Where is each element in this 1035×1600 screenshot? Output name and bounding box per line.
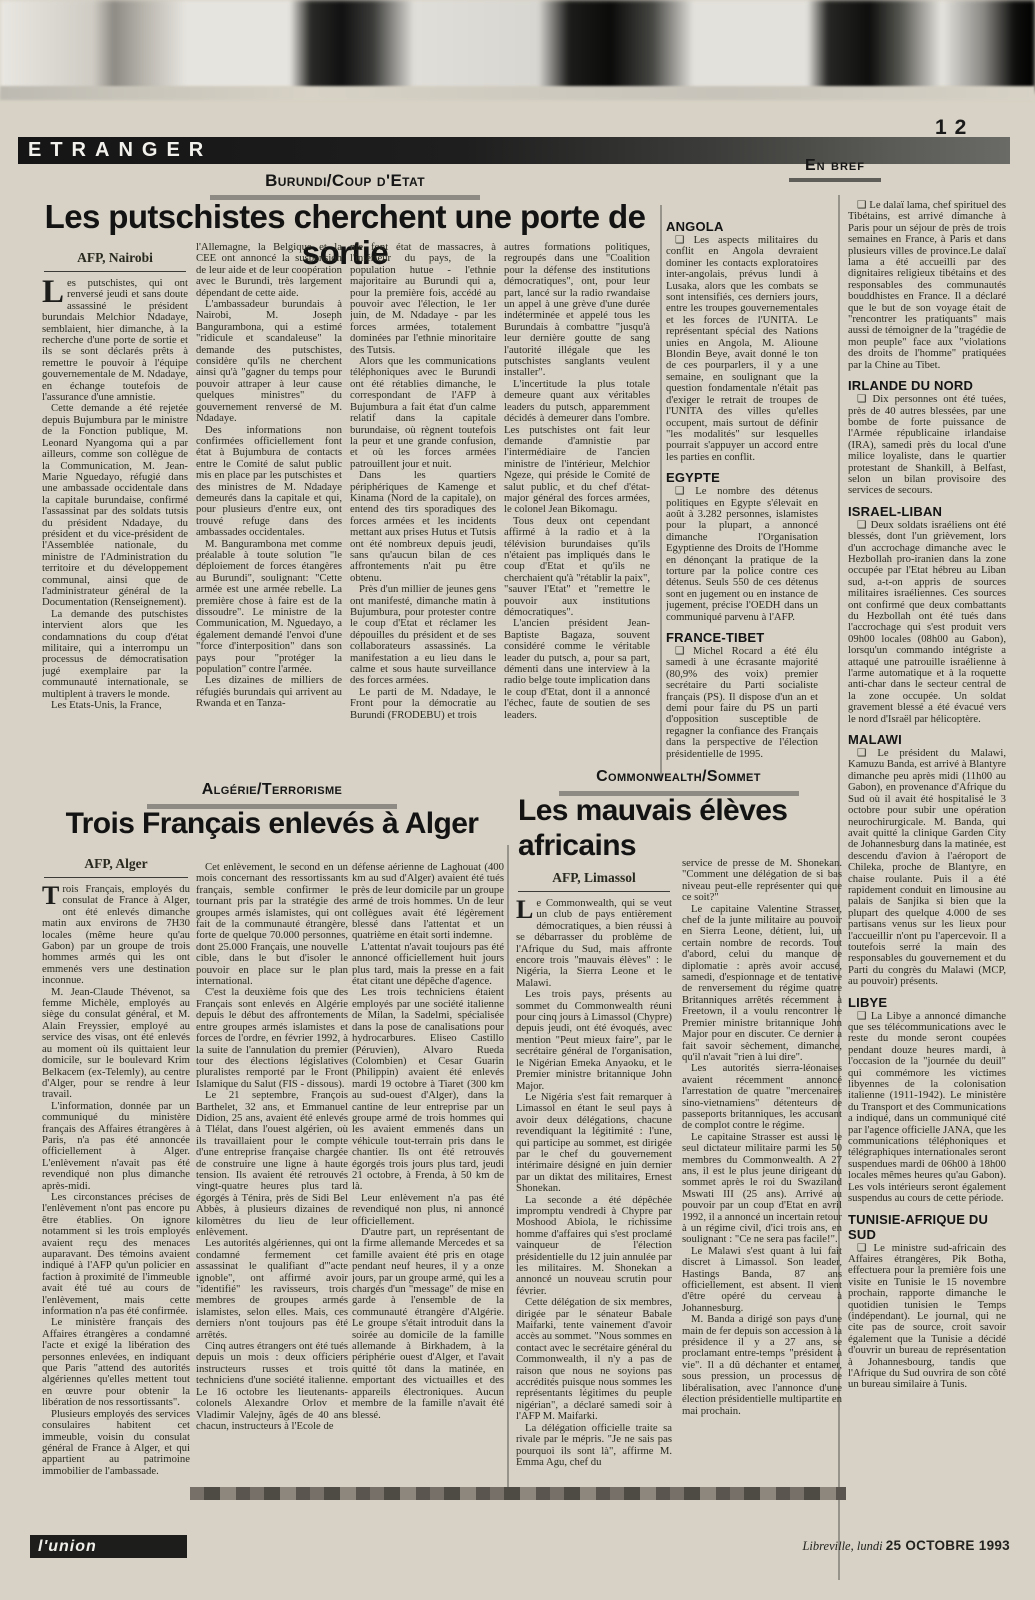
paragraph: Plusieurs employés des services consulai… xyxy=(42,1409,190,1477)
brief-item: MALAWI ❑ Le président du Malawi, Kamuzu … xyxy=(848,732,1006,988)
brief-heading: EGYPTE xyxy=(666,470,818,485)
scan-artifact-strip-2 xyxy=(0,86,1035,100)
footer-dateline: Libreville, lundi 25 OCTOBRE 1993 xyxy=(640,1538,1010,1554)
paragraph: Le ministère français des Affaires étran… xyxy=(42,1317,190,1408)
dropcap-letter: L xyxy=(516,898,536,921)
algerie-column-1: AFP, Alger Trois Français, employés du c… xyxy=(42,854,190,1508)
brief-item: ANGOLA ❑ Les aspects militaires du confl… xyxy=(666,219,818,463)
commonwealth-column-1: AFP, Limassol Le Commonwealth, qui se ve… xyxy=(516,868,672,1490)
column-rule-middle xyxy=(507,845,509,1490)
paragraph: nie font état de massacres, à l'intérieu… xyxy=(350,242,496,356)
brief-heading: ISRAEL-LIBAN xyxy=(848,504,1006,519)
commonwealth-column-2: service de presse de M. Shonekan. "Comme… xyxy=(682,858,842,1580)
commonwealth-lead-paragraph: Le Commonwealth, qui se veut un club de … xyxy=(516,898,672,989)
paragraph: La seconde a été dépêchée impromptu vend… xyxy=(516,1195,672,1298)
paragraph: Dans les quartiers périphériques de Kame… xyxy=(350,470,496,584)
paragraph: L'information, donnée par un communiqué … xyxy=(42,1101,190,1192)
paragraph: L'incertitude la plus totale demeure qua… xyxy=(504,379,650,516)
algerie-headline: Trois Français enlevés à Alger xyxy=(36,806,508,841)
brief-text: ❑ Le dalaï lama, chef spirituel des Tibé… xyxy=(848,200,1006,371)
dropcap-letter: T xyxy=(42,884,62,907)
paragraph: Tous deux ont cependant affirmé à la rad… xyxy=(504,516,650,619)
paragraph: Le 21 septembre, François Barthelet, 32 … xyxy=(196,1090,348,1238)
paragraph: Alors que les communications téléphoniqu… xyxy=(350,356,496,470)
paragraph: M. Bangurambona met comme préalable à to… xyxy=(196,539,342,676)
paragraph: La demande des putschistes intervient al… xyxy=(42,609,188,700)
burundi-column-3: nie font état de massacres, à l'intérieu… xyxy=(350,242,496,780)
commonwealth-byline: AFP, Limassol xyxy=(518,868,670,892)
en-bref-column-a: ANGOLA ❑ Les aspects militaires du confl… xyxy=(666,212,818,778)
brief-heading: ANGOLA xyxy=(666,219,818,234)
paragraph: M. Banda a dirigé son pays d'une main de… xyxy=(682,1314,842,1417)
brief-text: ❑ Les aspects militaires du conflit en A… xyxy=(666,235,818,463)
burundi-column-1: AFP, Nairobi Les putschistes, qui ont re… xyxy=(42,248,188,778)
paragraph: autres formations politiques, regroupés … xyxy=(504,242,650,379)
paragraph: Les circonstances précises de l'enlèveme… xyxy=(42,1192,190,1317)
paragraph: Les trois pays, présents au sommet du Co… xyxy=(516,989,672,1092)
algerie-column-3: défense aérienne de Laghouat (400 km au … xyxy=(352,862,504,1487)
paragraph: Le capitaine Strasser est aussi le seul … xyxy=(682,1132,842,1246)
en-bref-column-b: ❑ Le dalaï lama, chef spirituel des Tibé… xyxy=(848,200,1006,1552)
brief-item: EGYPTE ❑ Le nombre des détenus politique… xyxy=(666,470,818,623)
brief-heading: MALAWI xyxy=(848,732,1006,747)
brief-heading: LIBYE xyxy=(848,995,1006,1010)
brief-item: TUNISIE-AFRIQUE DU SUD ❑ Le ministre sud… xyxy=(848,1212,1006,1391)
brief-text: ❑ La Libye a annoncé dimanche que ses té… xyxy=(848,1011,1006,1205)
paragraph: l'Allemagne, la Belgique et la CEE ont a… xyxy=(196,242,342,299)
paragraph: Cette demande a été rejetée depuis Bujum… xyxy=(42,403,188,608)
burundi-byline: AFP, Nairobi xyxy=(44,248,186,272)
paragraph: Leur enlèvement n'a pas été revendiqué n… xyxy=(352,1193,504,1227)
burundi-kicker: Burundi/Coup d'Etat xyxy=(40,171,650,191)
newspaper-masthead: l'union xyxy=(30,1535,187,1558)
en-bref-title: En bref xyxy=(770,157,900,175)
paragraph: Cet enlèvement, le second en un mois con… xyxy=(196,862,348,987)
algerie-byline: AFP, Alger xyxy=(44,854,188,878)
dropcap-letter: L xyxy=(42,278,67,306)
footer-place: Libreville, lundi xyxy=(802,1539,882,1553)
footer-separator-bar xyxy=(190,1487,846,1500)
paragraph: Les dizaines de milliers de réfugiés bur… xyxy=(196,675,342,709)
brief-heading: IRLANDE DU NORD xyxy=(848,378,1006,393)
en-bref-rule xyxy=(770,176,900,182)
footer-date: 25 OCTOBRE 1993 xyxy=(886,1538,1010,1553)
brief-text: ❑ Le ministre sud-africain des Affaires … xyxy=(848,1243,1006,1391)
burundi-column-2: l'Allemagne, la Belgique et la CEE ont a… xyxy=(196,242,342,780)
paragraph: L'ambassadeur burundais à Nairobi, M. Jo… xyxy=(196,299,342,424)
paragraph: Le Malawi s'est quant à lui fait discret… xyxy=(682,1246,842,1314)
paragraph: L'attentat n'avait toujours pas été anno… xyxy=(352,942,504,988)
algerie-column-2: Cet enlèvement, le second en un mois con… xyxy=(196,862,348,1487)
paragraph: Des informations non confirmées officiel… xyxy=(196,425,342,539)
paragraph: Cette délégation de six membres, dirigée… xyxy=(516,1297,672,1422)
brief-item: IRLANDE DU NORD ❑ Dix personnes ont été … xyxy=(848,378,1006,497)
algerie-lead-paragraph: Trois Français, employés du consulat de … xyxy=(42,884,190,987)
lead-text: rois Français, employés du consulat de F… xyxy=(42,883,190,986)
paragraph: Le capitaine Valentine Strasser, chef de… xyxy=(682,904,842,1064)
brief-heading: TUNISIE-AFRIQUE DU SUD xyxy=(848,1212,1006,1242)
lead-text: e Commonwealth, qui se veut un club de p… xyxy=(516,897,672,989)
paragraph: défense aérienne de Laghouat (400 km au … xyxy=(352,862,504,942)
paragraph: Les trois techniciens étaient employés p… xyxy=(352,987,504,1192)
commonwealth-headline: Les mauvais élèves africains xyxy=(512,793,845,863)
brief-text: ❑ Dix personnes ont été tuées, près de 4… xyxy=(848,394,1006,497)
brief-item: ISRAEL-LIBAN ❑ Deux soldats israéliens o… xyxy=(848,504,1006,725)
paragraph: Les autorités algériennes, qui ont conda… xyxy=(196,1238,348,1341)
brief-text: ❑ Deux soldats israéliens ont été blessé… xyxy=(848,520,1006,725)
paragraph: service de presse de M. Shonekan. "Comme… xyxy=(682,858,842,904)
paragraph: D'autre part, un représentant de la firm… xyxy=(352,1227,504,1421)
scan-artifact-strip xyxy=(0,0,1035,92)
commonwealth-kicker: Commonwealth/Sommet xyxy=(512,768,845,786)
paragraph: Les Etats-Unis, la France, xyxy=(42,700,188,711)
paragraph: Cinq autres étrangers ont été tués depui… xyxy=(196,1341,348,1432)
paragraph: Les autorités sierra-léonaises avaient r… xyxy=(682,1063,842,1131)
brief-heading: FRANCE-TIBET xyxy=(666,630,818,645)
burundi-lead-paragraph: Les putschistes, qui ont renversé jeudi … xyxy=(42,278,188,403)
brief-item: LIBYE ❑ La Libye a annoncé dimanche que … xyxy=(848,995,1006,1205)
paragraph: Le parti de M. Ndadaye, le Front pour la… xyxy=(350,687,496,721)
paragraph: L'ancien président Jean-Baptiste Bagaza,… xyxy=(504,618,650,721)
paragraph: Près d'un millier de jeunes gens ont man… xyxy=(350,584,496,687)
paragraph: M. Jean-Claude Thévenot, sa femme Michèl… xyxy=(42,987,190,1101)
paragraph: La délégation officielle traite sa rival… xyxy=(516,1423,672,1469)
brief-item: FRANCE-TIBET ❑ Michel Rocard a été élu s… xyxy=(666,630,818,760)
paragraph: Le Nigéria s'est fait remarquer à Limass… xyxy=(516,1092,672,1195)
brief-text: ❑ Michel Rocard a été élu samedi à une é… xyxy=(666,646,818,760)
burundi-column-4: autres formations politiques, regroupés … xyxy=(504,242,650,780)
brief-text: ❑ Le président du Malawi, Kamuzu Banda, … xyxy=(848,748,1006,988)
algerie-kicker: Algérie/Terrorisme xyxy=(36,781,508,799)
column-rule-left xyxy=(660,205,662,780)
paragraph: C'est la deuxième fois que des Français … xyxy=(196,987,348,1090)
brief-item: ❑ Le dalaï lama, chef spirituel des Tibé… xyxy=(848,200,1006,371)
brief-text: ❑ Le nombre des détenus politiques en Eg… xyxy=(666,486,818,623)
